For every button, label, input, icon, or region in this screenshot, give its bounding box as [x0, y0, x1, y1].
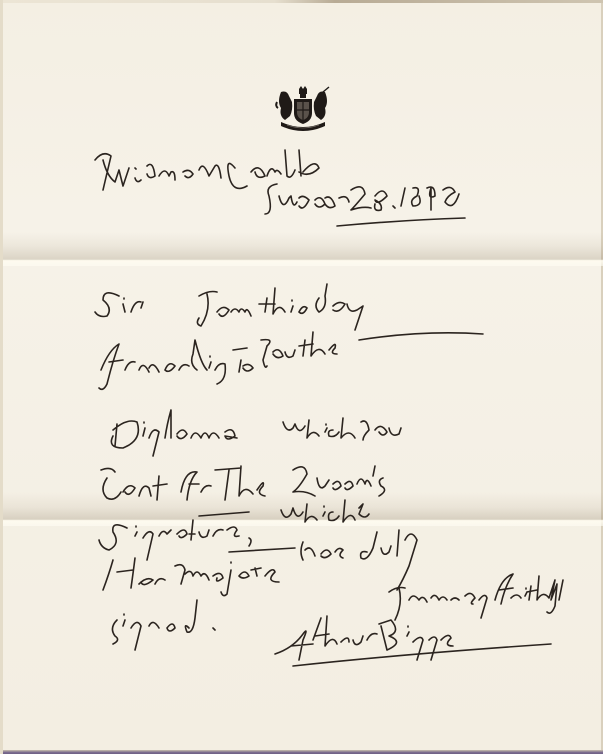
letter-body-line-4: sent for The Queen's	[99, 464, 394, 497]
letter-body-line-2: forwarding to you the	[99, 340, 408, 373]
letter-date: June 28. 1895	[265, 184, 462, 217]
letter-signature: Arthur Bigge	[275, 616, 473, 651]
letter-body-line-6: Her Majesty has duly	[101, 544, 404, 577]
letter-body-line-7: signed.	[107, 608, 210, 641]
letter-location: Windsor Castle	[89, 150, 320, 185]
letter-body-line-3: Diploma which you	[109, 414, 381, 447]
letter-paper: Windsor Castle June 28. 1895 Sir, I am t…	[0, 0, 603, 754]
letter-body-line-5: Signature, which	[99, 504, 342, 537]
letter-body-line-1: I am this day	[197, 286, 381, 319]
letter-closing: Yours very faithfully	[387, 580, 591, 604]
letter-salutation: Sir,	[95, 286, 142, 319]
